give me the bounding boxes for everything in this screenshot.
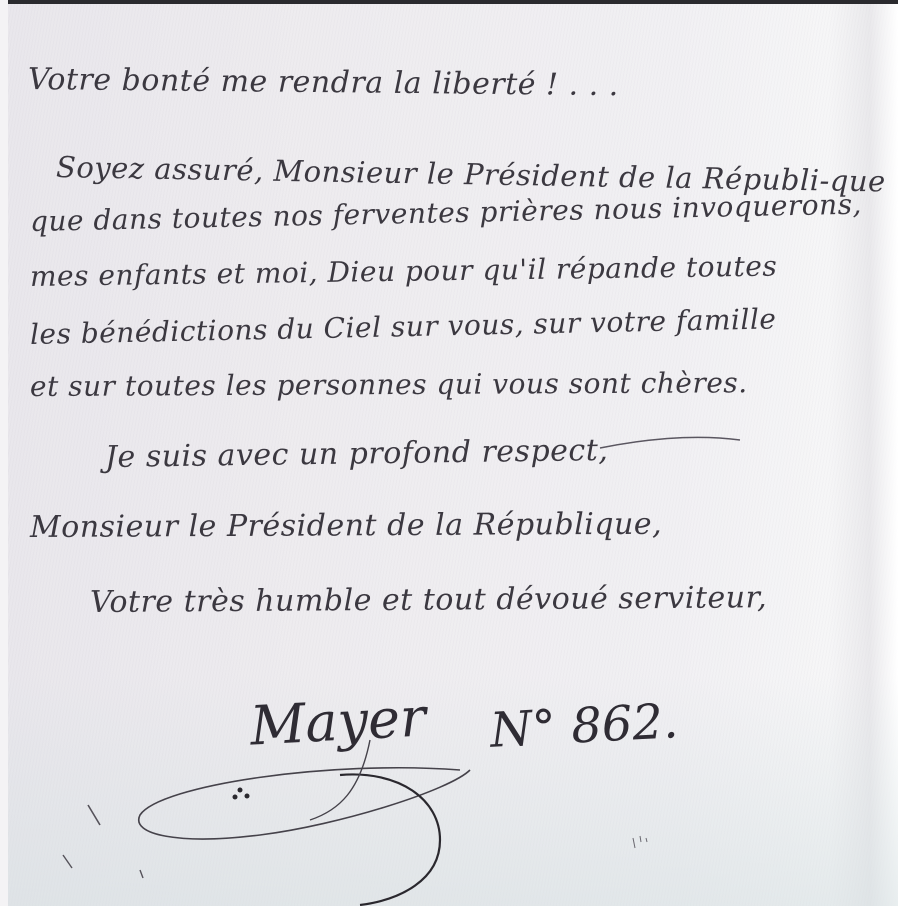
- closing-line-1: Je suis avec un profond respect,: [105, 433, 609, 475]
- page-gutter-shadow: [828, 4, 898, 906]
- letter-line-1: Votre bonté me rendra la liberté ! . . .: [28, 62, 619, 103]
- signature-number: N° 862.: [489, 693, 680, 759]
- signature-name: Mayer: [248, 685, 427, 757]
- closing-line-2: Monsieur le Président de la République,: [30, 507, 662, 545]
- letter-line-6: et sur toutes les personnes qui vous son…: [30, 366, 748, 403]
- closing-line-3: Votre très humble et tout dévoué servite…: [90, 580, 767, 620]
